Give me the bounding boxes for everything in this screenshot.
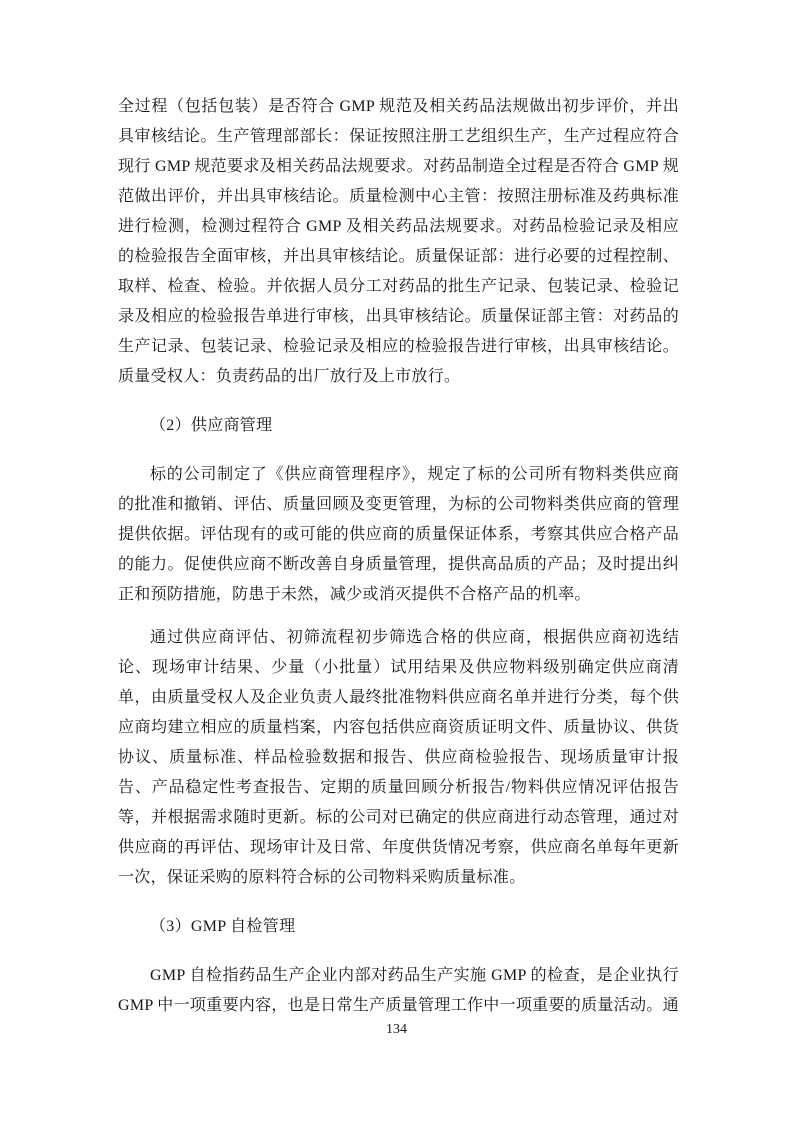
paragraph-supplier-evaluation-process: 通过供应商评估、初筛流程初步筛选合格的供应商，根据供应商初选结论、现场审计结果、… bbox=[118, 623, 679, 893]
page-body: 全过程（包括包装）是否符合 GMP 规范及相关药品法规做出初步评价，并出具审核结… bbox=[118, 92, 679, 1034]
page-number: 134 bbox=[0, 1020, 793, 1040]
document-page: 全过程（包括包装）是否符合 GMP 规范及相关药品法规做出初步评价，并出具审核结… bbox=[0, 0, 793, 1122]
continued-paragraph-quality-responsibilities: 全过程（包括包装）是否符合 GMP 规范及相关药品法规做出初步评价，并出具审核结… bbox=[118, 92, 679, 392]
section-heading-supplier-management: （2）供应商管理 bbox=[118, 411, 679, 441]
paragraph-gmp-self-inspection: GMP 自检指药品生产企业内部对药品生产实施 GMP 的检查，是企业执行 GMP… bbox=[118, 961, 679, 1021]
section-heading-gmp-self-inspection: （3）GMP 自检管理 bbox=[118, 912, 679, 942]
paragraph-supplier-management-program: 标的公司制定了《供应商管理程序》，规定了标的公司所有物料类供应商的批准和撤销、评… bbox=[118, 460, 679, 610]
